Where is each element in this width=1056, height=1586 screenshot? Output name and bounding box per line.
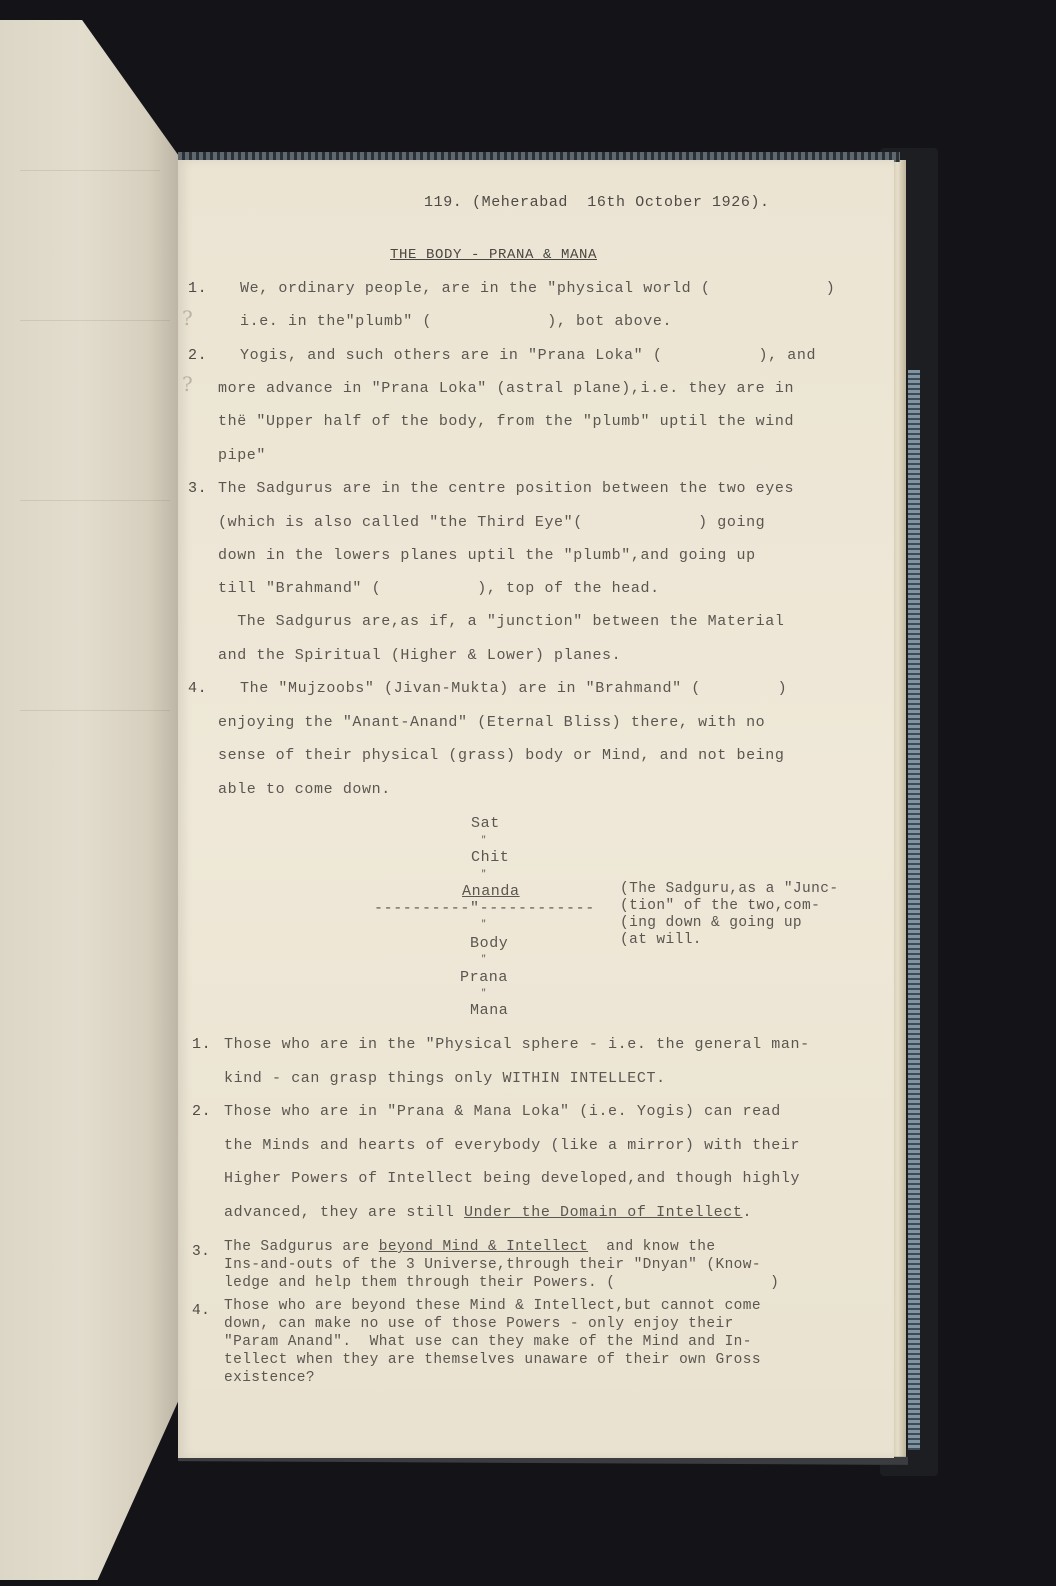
- text-line: down, can make no use of those Powers - …: [224, 1317, 734, 1332]
- left-page: [0, 20, 182, 1580]
- diagram-connector: ": [481, 870, 487, 879]
- text-line: "Param Anand". What use can they make of…: [224, 1335, 752, 1350]
- sadguru-note: (ing down & going up: [620, 916, 802, 931]
- text-line: and the Spiritual (Higher & Lower) plane…: [218, 648, 621, 663]
- text-line: Those who are in the "Physical sphere - …: [224, 1037, 810, 1052]
- text-line: i.e. in the"plumb" ( ), bot above.: [240, 314, 672, 329]
- sadguru-note: (tion" of the two,com-: [620, 899, 820, 914]
- text-line: the Minds and hearts of everybody (like …: [224, 1138, 800, 1153]
- junction-line: ----------"------------: [374, 901, 595, 916]
- pencil-mark: ?: [182, 372, 193, 396]
- diagram-level: Prana: [460, 970, 508, 985]
- text-line: thë "Upper half of the body, from the "p…: [218, 414, 794, 429]
- text-line: Those who are in "Prana & Mana Loka" (i.…: [224, 1104, 781, 1119]
- text-line: tellect when they are themselves unaware…: [224, 1353, 761, 1368]
- diagram-connector: ": [481, 955, 487, 964]
- diagram-connector: ": [481, 920, 487, 929]
- text-line: Yogis, and such others are in "Prana Lok…: [240, 348, 816, 363]
- item-number: 2.: [188, 348, 207, 363]
- text-line: existence?: [224, 1371, 315, 1386]
- item-number: 4.: [192, 1304, 210, 1319]
- sadguru-note: (at will.: [620, 933, 702, 948]
- text-line: advanced, they are still Under the Domai…: [224, 1205, 752, 1220]
- underlined-phrase: beyond Mind & Intellect: [379, 1239, 588, 1255]
- diagram-level: Mana: [470, 1003, 508, 1018]
- page-edges: [892, 160, 906, 1458]
- text-line: till "Brahmand" ( ), top of the head.: [218, 581, 660, 596]
- text-line: The "Mujzoobs" (Jivan-Mukta) are in "Bra…: [240, 681, 787, 696]
- item-number: 4.: [188, 681, 207, 696]
- document-title: THE BODY - PRANA & MANA: [390, 248, 597, 262]
- text-line: ledge and help them through their Powers…: [224, 1276, 779, 1291]
- item-number: 3.: [188, 481, 207, 496]
- item-number: 1.: [188, 281, 207, 296]
- diagram-level: Sat: [471, 816, 500, 831]
- text-line: (which is also called "the Third Eye"( )…: [218, 515, 765, 530]
- binding-stripe: [908, 370, 920, 1450]
- sadguru-note: (The Sadguru,as a "Junc-: [620, 882, 838, 897]
- text-line: more advance in "Prana Loka" (astral pla…: [218, 381, 794, 396]
- diagram-connector: ": [481, 989, 487, 998]
- text-line: We, ordinary people, are in the "physica…: [240, 281, 835, 296]
- typed-page: 119. (Meherabad 16th October 1926). THE …: [178, 160, 894, 1458]
- diagram-level: Body: [470, 936, 508, 951]
- text-line: kind - can grasp things only WITHIN INTE…: [224, 1071, 666, 1086]
- text-line: Higher Powers of Intellect being develop…: [224, 1171, 800, 1186]
- item-number: 2.: [192, 1104, 211, 1119]
- text-line: down in the lowers planes uptil the "plu…: [218, 548, 756, 563]
- diagram-level: Chit: [471, 850, 509, 865]
- text-line: able to come down.: [218, 782, 391, 797]
- text-line: The Sadgurus are beyond Mind & Intellect…: [224, 1240, 716, 1255]
- text-line: sense of their physical (grass) body or …: [218, 748, 785, 763]
- item-number: 1.: [192, 1037, 211, 1052]
- text-line: pipe": [218, 448, 266, 463]
- text-line: Those who are beyond these Mind & Intell…: [224, 1299, 761, 1314]
- pencil-mark: ?: [182, 306, 193, 330]
- text-line: Ins-and-outs of the 3 Universe,through t…: [224, 1258, 761, 1273]
- diagram-level: Ananda: [462, 884, 520, 899]
- text-line: The Sadgurus are,as if, a "junction" bet…: [218, 614, 785, 629]
- page-header: 119. (Meherabad 16th October 1926).: [424, 195, 770, 210]
- underlined-phrase: Under the Domain of Intellect: [464, 1204, 742, 1221]
- text-line: The Sadgurus are in the centre position …: [218, 481, 794, 496]
- text-line: enjoying the "Anant-Anand" (Eternal Blis…: [218, 715, 765, 730]
- item-number: 3.: [192, 1245, 210, 1260]
- diagram-connector: ": [481, 836, 487, 845]
